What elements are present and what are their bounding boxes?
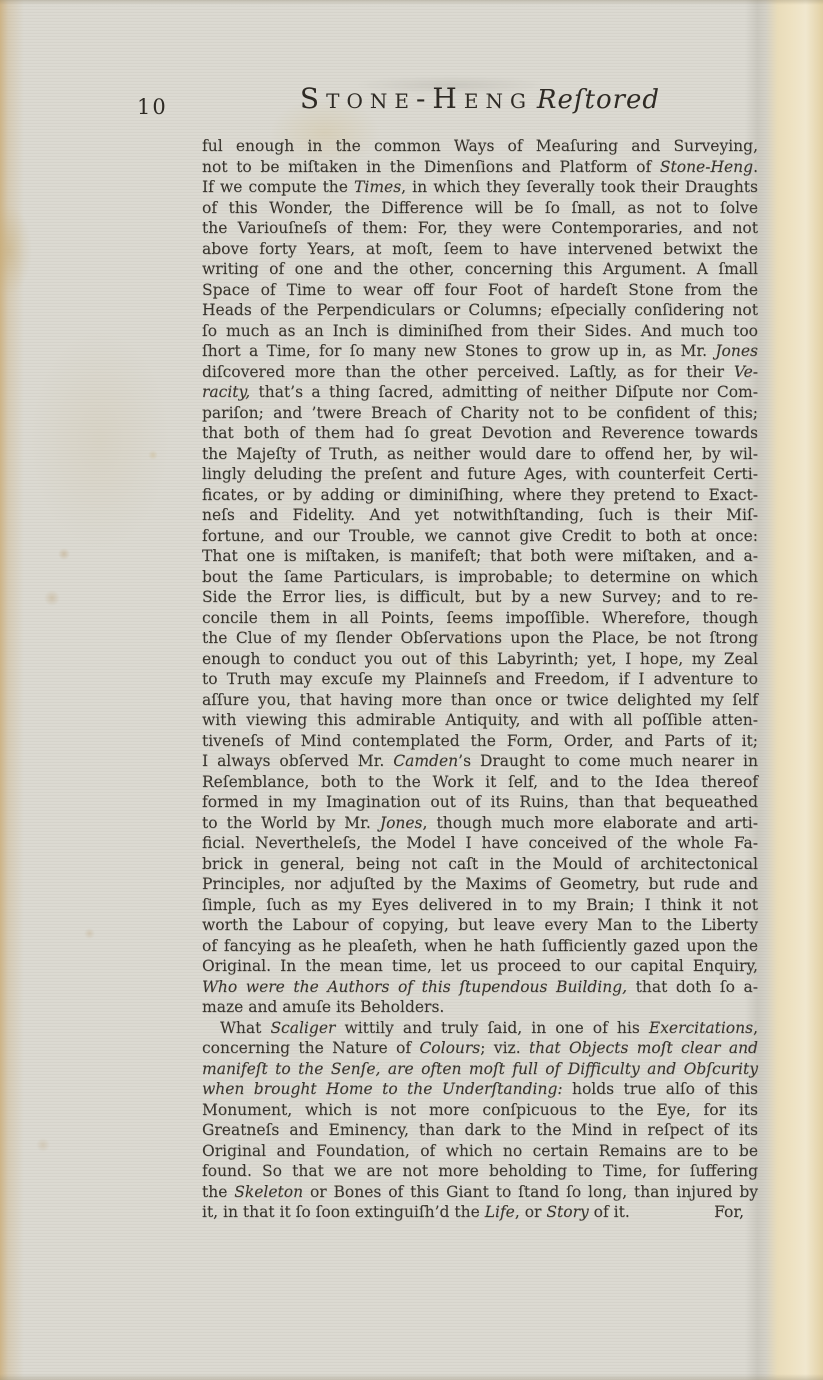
roman-text: , or bbox=[515, 1203, 547, 1221]
roman-text: ; viz. bbox=[480, 1039, 529, 1057]
bottom-edge-shadow bbox=[0, 1374, 823, 1380]
running-title-part: H bbox=[432, 82, 463, 115]
roman-text: that doth ſo a- bbox=[627, 978, 758, 996]
text-line: above forty Years, at moſt, ſeem to have… bbox=[202, 239, 758, 260]
text-line: Who were the Authors of this ſtupendous … bbox=[202, 977, 758, 998]
roman-text: ſo much as an Inch is diminiſhed from th… bbox=[202, 322, 758, 340]
page-number: 10 bbox=[137, 95, 168, 119]
italic-text: Exercitations bbox=[649, 1019, 753, 1037]
running-title-part: - bbox=[416, 82, 432, 115]
roman-text: , in which they ſeverally took their Dra… bbox=[401, 178, 758, 196]
stain bbox=[30, 330, 170, 550]
text-line: ſimple, ſuch as my Eyes delivered in to … bbox=[202, 895, 758, 916]
catchword: For, bbox=[714, 1202, 744, 1223]
roman-text: , bbox=[753, 1019, 758, 1037]
roman-text: . bbox=[753, 158, 758, 176]
italic-text: Jones bbox=[380, 814, 423, 832]
roman-text: If we compute the bbox=[202, 178, 354, 196]
text-line: ſhort a Time, for ſo many new Stones to … bbox=[202, 341, 758, 362]
roman-text: with viewing this admirable Antiquity, a… bbox=[202, 711, 758, 729]
text-line: to the World by Mr. Jones, though much m… bbox=[202, 813, 758, 834]
roman-text: concile them in all Points, ſeems impoſſ… bbox=[202, 609, 758, 627]
running-title: STONE-HENGReſtored bbox=[202, 82, 758, 115]
foxing-spot bbox=[148, 450, 158, 460]
italic-text: Skeleton bbox=[234, 1183, 303, 1201]
text-line: Reſemblance, both to the Work it ſelf, a… bbox=[202, 772, 758, 793]
foxing-spot bbox=[84, 928, 95, 939]
roman-text: Reſemblance, both to the Work it ſelf, a… bbox=[202, 773, 758, 791]
text-line: to Truth may excuſe my Plainneſs and Fre… bbox=[202, 669, 758, 690]
text-line: enough to conduct you out of this Labyri… bbox=[202, 649, 758, 670]
roman-text: lingly deluding the preſent and future A… bbox=[202, 465, 758, 483]
text-line: not to be miſtaken in the Dimenſions and… bbox=[202, 157, 758, 178]
text-line: Principles, nor adjuſted by the Maxims o… bbox=[202, 874, 758, 895]
roman-text: to Truth may excuſe my Plainneſs and Fre… bbox=[202, 670, 758, 688]
italic-text: when brought Home to the Underſtanding: bbox=[202, 1080, 563, 1098]
roman-text: of fancying as he pleaſeth, when he hath… bbox=[202, 937, 758, 955]
text-line: brick in general, being not caſt in the … bbox=[202, 854, 758, 875]
roman-text: That one is miſtaken, is manifeſt; that … bbox=[202, 547, 758, 565]
roman-text: Original and Foundation, of which no cer… bbox=[202, 1142, 758, 1160]
roman-text: ficial. Nevertheleſs, the Model I have c… bbox=[202, 834, 758, 852]
text-line: neſs and Fidelity. And yet notwithſtandi… bbox=[202, 505, 758, 526]
text-line: Monument, which is not more conſpicuous … bbox=[202, 1100, 758, 1121]
roman-text: that both of them had ſo great Devotion … bbox=[202, 424, 758, 442]
roman-text: of it. bbox=[589, 1203, 630, 1221]
roman-text: formed in my Imagination out of its Ruin… bbox=[202, 793, 758, 811]
text-line: the Majeſty of Truth, as neither would d… bbox=[202, 444, 758, 465]
roman-text: Monument, which is not more conſpicuous … bbox=[202, 1101, 758, 1119]
text-line: concerning the Nature of Colours; viz. t… bbox=[202, 1038, 758, 1059]
roman-text: to the World by Mr. bbox=[202, 814, 380, 832]
text-line: manifeſt to the Senſe, are often moſt fu… bbox=[202, 1059, 758, 1080]
text-line: Original and Foundation, of which no cer… bbox=[202, 1141, 758, 1162]
roman-text: it, in that it ſo ſoon extinguiſh’d the bbox=[202, 1203, 485, 1221]
italic-text: Jones bbox=[715, 342, 758, 360]
roman-text: Space of Time to wear off four Foot of h… bbox=[202, 281, 758, 299]
running-title-part: ENG bbox=[464, 89, 533, 113]
roman-text: the Clue of my ſlender Obſervations upon… bbox=[202, 629, 758, 647]
italic-text: that Objects moſt clear and bbox=[529, 1039, 758, 1057]
text-line: That one is miſtaken, is manifeſt; that … bbox=[202, 546, 758, 567]
roman-text: Greatneſs and Eminency, than dark to the… bbox=[202, 1121, 758, 1139]
roman-text: fortune, and our Trouble, we cannot give… bbox=[202, 527, 758, 545]
text-line: the Variouſneſs of them: For, they were … bbox=[202, 218, 758, 239]
text-line: the Clue of my ſlender Obſervations upon… bbox=[202, 628, 758, 649]
roman-text: holds true alſo of this bbox=[563, 1080, 758, 1098]
text-line: of fancying as he pleaſeth, when he hath… bbox=[202, 936, 758, 957]
italic-text: Stone-Heng bbox=[660, 158, 753, 176]
italic-text: Camden bbox=[393, 752, 458, 770]
text-line: ficial. Nevertheleſs, the Model I have c… bbox=[202, 833, 758, 854]
italic-text: Who were the Authors of this ſtupendous … bbox=[202, 978, 627, 996]
roman-text: Original. In the mean time, let us proce… bbox=[202, 957, 758, 975]
body-text: ful enough in the common Ways of Meaſuri… bbox=[202, 136, 758, 1223]
running-title-part: S bbox=[300, 82, 326, 115]
top-edge-shadow bbox=[0, 0, 823, 5]
roman-text: of this Wonder, the Difference will be ſ… bbox=[202, 199, 758, 217]
foxing-spot bbox=[58, 548, 70, 560]
text-line: concile them in all Points, ſeems impoſſ… bbox=[202, 608, 758, 629]
text-line: fortune, and our Trouble, we cannot give… bbox=[202, 526, 758, 547]
text-line: ſo much as an Inch is diminiſhed from th… bbox=[202, 321, 758, 342]
roman-text: wittily and truly ſaid, in one of his bbox=[335, 1019, 648, 1037]
roman-text: the Majeſty of Truth, as neither would d… bbox=[202, 445, 758, 463]
roman-text: that’s a thing ſacred, admitting of neit… bbox=[250, 383, 758, 401]
roman-text: pariſon; and ’twere Breach of Charity no… bbox=[202, 404, 758, 422]
text-line: formed in my Imagination out of its Ruin… bbox=[202, 792, 758, 813]
italic-text: Colours bbox=[419, 1039, 480, 1057]
text-line: pariſon; and ’twere Breach of Charity no… bbox=[202, 403, 758, 424]
text-line: with viewing this admirable Antiquity, a… bbox=[202, 710, 758, 731]
text-line: Space of Time to wear off four Foot of h… bbox=[202, 280, 758, 301]
italic-text: Story bbox=[546, 1203, 588, 1221]
running-title-italic: Reſtored bbox=[537, 85, 660, 115]
roman-text: the Variouſneſs of them: For, they were … bbox=[202, 219, 758, 237]
text-line: writing of one and the other, concerning… bbox=[202, 259, 758, 280]
roman-text: ſimple, ſuch as my Eyes delivered in to … bbox=[202, 896, 758, 914]
roman-text: writing of one and the other, concerning… bbox=[202, 260, 758, 278]
text-line: found. So that we are not more beholding… bbox=[202, 1161, 758, 1182]
roman-text: What bbox=[220, 1019, 270, 1037]
text-line: tiveneſs of Mind contemplated the Form, … bbox=[202, 731, 758, 752]
roman-text: tiveneſs of Mind contemplated the Form, … bbox=[202, 732, 758, 750]
text-line: Heads of the Perpendiculars or Columns; … bbox=[202, 300, 758, 321]
text-line: that both of them had ſo great Devotion … bbox=[202, 423, 758, 444]
text-line: bout the ſame Particulars, is improbable… bbox=[202, 567, 758, 588]
text-line: Original. In the mean time, let us proce… bbox=[202, 956, 758, 977]
italic-text: manifeſt to the Senſe, are often moſt fu… bbox=[202, 1060, 758, 1078]
stain bbox=[0, 205, 32, 295]
roman-text: maze and amuſe its Beholders. bbox=[202, 998, 444, 1016]
italic-text: Scaliger bbox=[270, 1019, 335, 1037]
italic-text: racity, bbox=[202, 383, 250, 401]
text-line: Greatneſs and Eminency, than dark to the… bbox=[202, 1120, 758, 1141]
text-line: ficates, or by adding or diminiſhing, wh… bbox=[202, 485, 758, 506]
roman-text: bout the ſame Particulars, is improbable… bbox=[202, 568, 758, 586]
roman-text: aſſure you, that having more than once o… bbox=[202, 691, 758, 709]
text-line: when brought Home to the Underſtanding: … bbox=[202, 1079, 758, 1100]
foxing-spot bbox=[36, 1138, 50, 1152]
text-line: it, in that it ſo ſoon extinguiſh’d the … bbox=[202, 1202, 758, 1223]
roman-text: concerning the Nature of bbox=[202, 1039, 419, 1057]
roman-text: the bbox=[202, 1183, 234, 1201]
running-title-part: TONE bbox=[326, 89, 416, 113]
roman-text: found. So that we are not more beholding… bbox=[202, 1162, 758, 1180]
text-line: racity, that’s a thing ſacred, admitting… bbox=[202, 382, 758, 403]
text-line: If we compute the Times, in which they ſ… bbox=[202, 177, 758, 198]
text-line: maze and amuſe its Beholders. bbox=[202, 997, 758, 1018]
text-line: aſſure you, that having more than once o… bbox=[202, 690, 758, 711]
roman-text: brick in general, being not caſt in the … bbox=[202, 855, 758, 873]
roman-text: neſs and Fidelity. And yet notwithſtandi… bbox=[202, 506, 758, 524]
text-line: diſcovered more than the other perceived… bbox=[202, 362, 758, 383]
roman-text: not to be miſtaken in the Dimenſions and… bbox=[202, 158, 660, 176]
roman-text: Heads of the Perpendiculars or Columns; … bbox=[202, 301, 758, 319]
text-line: I always obſerved Mr. Camden’s Draught t… bbox=[202, 751, 758, 772]
roman-text: enough to conduct you out of this Labyri… bbox=[202, 650, 758, 668]
book-page: 10 STONE-HENGReſtored ful enough in the … bbox=[0, 0, 823, 1380]
text-line: worth the Labour of copying, but leave e… bbox=[202, 915, 758, 936]
roman-text: ſhort a Time, for ſo many new Stones to … bbox=[202, 342, 715, 360]
foxing-spot bbox=[44, 590, 60, 606]
text-line: the Skeleton or Bones of this Giant to ſ… bbox=[202, 1182, 758, 1203]
binding-edge-shadow bbox=[0, 0, 24, 1380]
roman-text: Principles, nor adjuſted by the Maxims o… bbox=[202, 875, 758, 893]
roman-text: ful enough in the common Ways of Meaſuri… bbox=[202, 137, 758, 155]
roman-text: ’s Draught to come much nearer in bbox=[458, 752, 758, 770]
text-line: of this Wonder, the Difference will be ſ… bbox=[202, 198, 758, 219]
roman-text: Side the Error lies, is difficult, but b… bbox=[202, 588, 758, 606]
italic-text: Ve- bbox=[734, 363, 758, 381]
roman-text: or Bones of this Giant to ſtand ſo long,… bbox=[303, 1183, 758, 1201]
italic-text: Life bbox=[485, 1203, 515, 1221]
text-line: What Scaliger wittily and truly ſaid, in… bbox=[202, 1018, 758, 1039]
roman-text: ficates, or by adding or diminiſhing, wh… bbox=[202, 486, 758, 504]
roman-text: worth the Labour of copying, but leave e… bbox=[202, 916, 758, 934]
roman-text: , though much more elaborate and arti- bbox=[423, 814, 758, 832]
roman-text: diſcovered more than the other perceived… bbox=[202, 363, 734, 381]
text-line: lingly deluding the preſent and future A… bbox=[202, 464, 758, 485]
italic-text: Times bbox=[354, 178, 401, 196]
roman-text: above forty Years, at moſt, ſeem to have… bbox=[202, 240, 758, 258]
text-line: ful enough in the common Ways of Meaſuri… bbox=[202, 136, 758, 157]
text-line: Side the Error lies, is difficult, but b… bbox=[202, 587, 758, 608]
roman-text: I always obſerved Mr. bbox=[202, 752, 393, 770]
